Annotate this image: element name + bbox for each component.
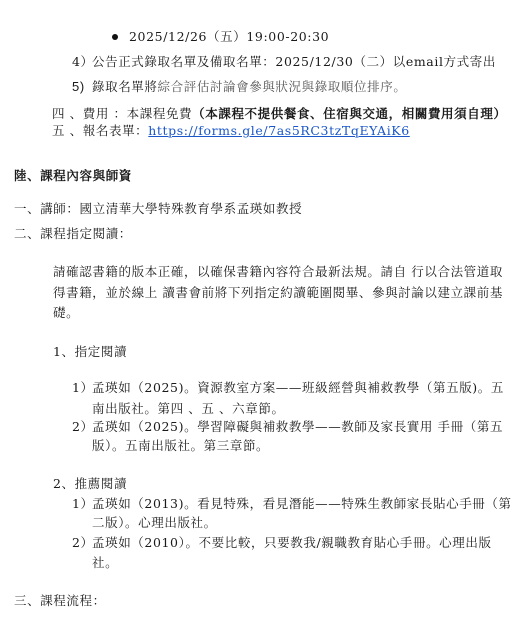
item-4-text: 公告正式錄取名單及備取名單：2025/12/30（二）以email方式寄出 bbox=[92, 54, 496, 70]
item-5-text-gray: 綜合評估討論會參與狀況與錄取順位排序。 bbox=[158, 79, 407, 94]
intro-line-3: 礎。 bbox=[53, 305, 79, 321]
required-item-1-line-1: 孟瑛如（2025)。資源教室方案——班級經營與補救教學（第五版)。五 bbox=[92, 380, 504, 396]
section-heading: 陸、課程內容與師資 bbox=[14, 168, 132, 184]
item-4-marker: 4） bbox=[72, 54, 94, 70]
required-item-1-marker: 1） bbox=[72, 380, 94, 396]
item-5-text: 錄取名單將綜合評估討論會參與狀況與錄取順位排序。 bbox=[92, 79, 406, 95]
item-5-text-dark: 錄取名單將 bbox=[92, 79, 158, 94]
required-item-1-line-2: 南出版社。第四 、五 、六章節。 bbox=[92, 401, 285, 417]
recommended-reading-heading: 2、推薦閱讀 bbox=[53, 476, 127, 492]
reading-heading: 二、課程指定閱讀： bbox=[14, 226, 132, 242]
fee-line: 四 、費用 ：本課程免費（本課程不提供餐食、住宿與交通，相關費用須自理） bbox=[52, 106, 507, 122]
signup-label: 五 、報名表單： bbox=[52, 123, 148, 138]
recommended-item-2-line-2: 社。 bbox=[92, 555, 118, 571]
course-flow-heading: 三、課程流程： bbox=[14, 593, 106, 609]
bullet-icon bbox=[112, 34, 118, 40]
signup-line: 五 、報名表單：https://forms.gle/7as5RC3tzTqEYA… bbox=[52, 123, 410, 139]
recommended-item-1-line-2: 二版）。心理出版社。 bbox=[92, 515, 217, 531]
recommended-item-2-line-1: 孟瑛如（2010）。不要比較，只要教我/親職教育貼心手冊。心理出版 bbox=[92, 535, 492, 551]
required-item-2-line-1: 孟瑛如（2025)。學習障礙與補救教學——教師及家長實用 手冊（第五 bbox=[92, 419, 503, 435]
fee-note: （本課程不提供餐食、住宿與交通，相關費用須自理） bbox=[192, 106, 506, 121]
required-item-2-marker: 2） bbox=[72, 419, 94, 435]
recommended-item-1-line-1: 孟瑛如（2013)。看見特殊，看見潛能——特殊生教師家長貼心手冊（第 bbox=[92, 496, 512, 512]
recommended-item-1-marker: 1） bbox=[72, 496, 94, 512]
intro-line-1: 請確認書籍的版本正確，以確保書籍內容符合最新法規。請自 行以合法管道取 bbox=[53, 264, 503, 280]
fee-label: 四 、費用 ：本課程免費 bbox=[52, 106, 192, 121]
item-5-marker: 5) bbox=[72, 79, 85, 95]
required-reading-heading: 1、指定閱讀 bbox=[53, 344, 127, 360]
recommended-item-2-marker: 2） bbox=[72, 535, 94, 551]
signup-form-link[interactable]: https://forms.gle/7as5RC3tzTqEYAiK6 bbox=[148, 123, 410, 138]
schedule-date: 2025/12/26（五）19:00-20:30 bbox=[129, 29, 329, 45]
required-item-2-line-2: 版）。五南出版社。第三章節。 bbox=[92, 438, 269, 454]
instructor-line: 一、講師：國立清華大學特殊教育學系孟瑛如教授 bbox=[14, 201, 302, 217]
intro-line-2: 得書籍，並於線上 讀書會前將下列指定約讀範圍閱畢、參與討論以建立課前基 bbox=[53, 285, 503, 301]
